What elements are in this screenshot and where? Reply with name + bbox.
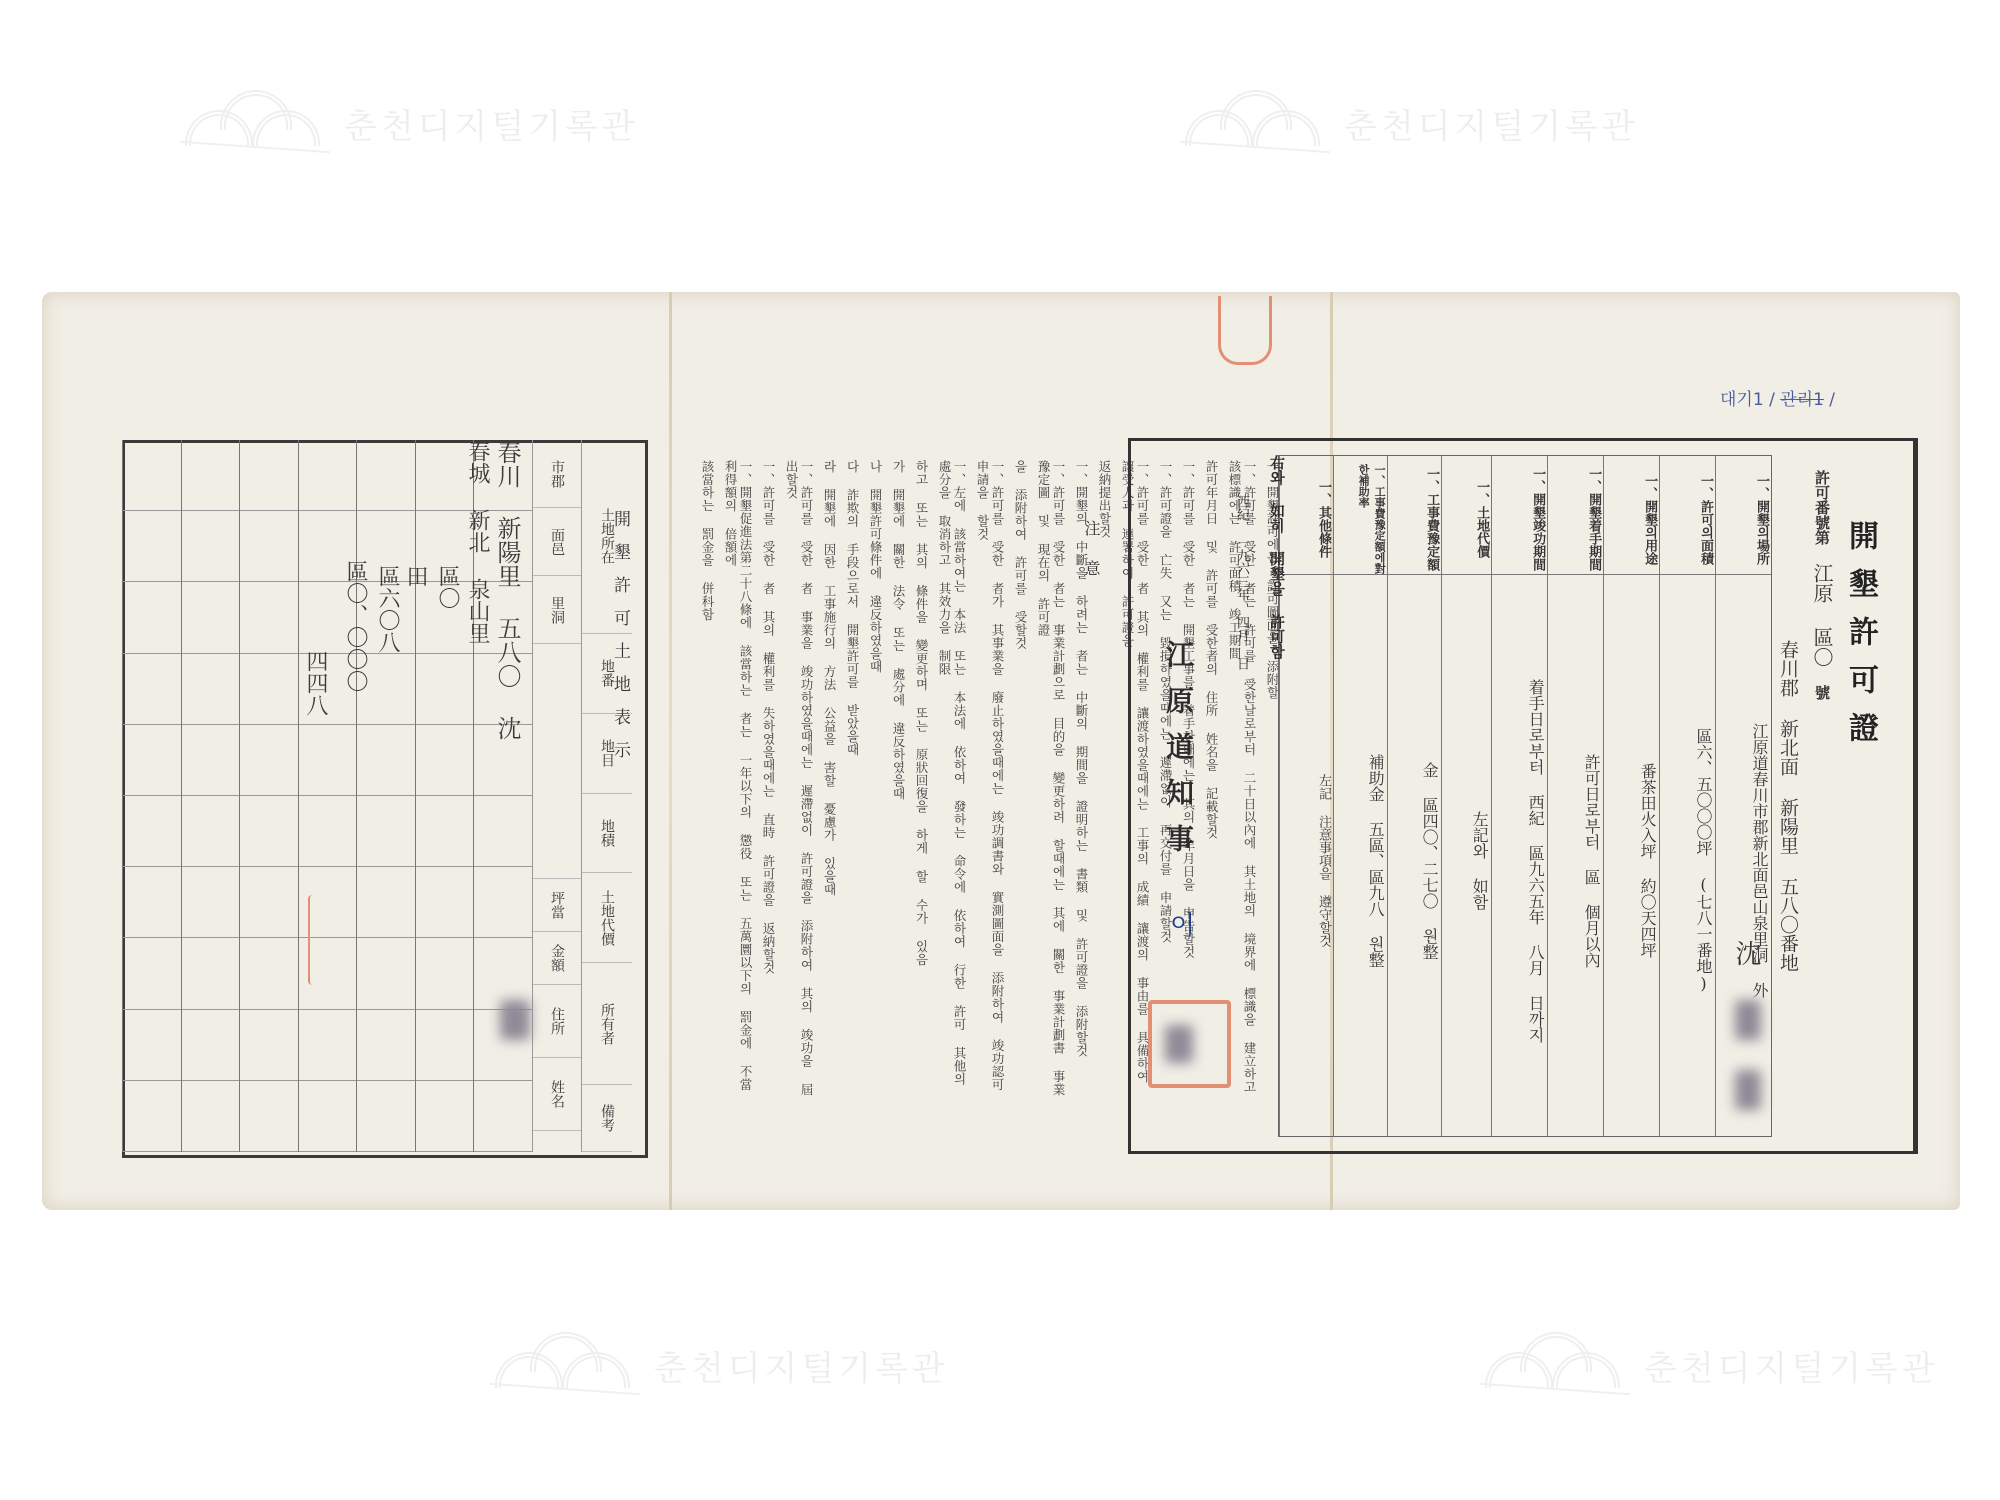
registry-note: 대기1 / 관리1 / [1720,385,1835,410]
detail-value: 區六、五〇〇〇坪 (七八一番地) [1660,575,1715,1136]
detail-header: 一、開墾의場所 [1716,456,1771,575]
detail-column-subsidy: 一、工事費豫定額에對한補助率補助金 五區、區九八 원整 [1333,456,1387,1136]
notice-item: 一、開墾의 中斷을 하려는 者는 中斷의 期間을 證明하는 書類 및 許可證을 … [1074,460,1089,1100]
detail-value: 左記와 如함 [1442,575,1491,1136]
issuer-title: 江原道知事 [1158,640,1198,870]
header-owner-name: 姓名 [533,1058,581,1131]
header-owner: 所有者 [582,963,632,1084]
detail-value: 金 區四〇、二七〇 원整 [1388,575,1441,1136]
archive-logo-icon [490,1330,640,1400]
redacted-owner-name [500,1000,530,1040]
detail-header: 一、工事費豫定額 [1388,456,1441,575]
detail-column-use: 一、開墾의用途番茶田火入坪 約〇天四坪 [1603,456,1659,1136]
land-table-column [298,440,357,1152]
land-table-column [356,440,415,1152]
archive-logo-icon [1180,88,1330,158]
approval-statement: 右와 如히 開墾을 許可함 [1267,455,1288,659]
land-row-lot: 區〇 [432,565,463,609]
header-land-area: 地積 [582,794,632,874]
notice-item: 가 開墾에 關한 法令 또는 處分에 違反하였을때 [891,460,906,1100]
notice-item: 一、許可를 受한 者는 事業計劃으로 目的을 變更하려 할때에는 其에 關한 事… [1036,460,1066,1100]
header-township: 面邑 [533,508,581,576]
registry-note-struck: 관리1 [1780,390,1824,410]
header-land-price: 土地代價 [582,873,632,963]
notice-item: 나 開墾許可條件에 違反하였을때 [868,460,883,1100]
land-row-category: 田 [400,565,431,587]
header-owner-address: 住所 [533,985,581,1058]
land-row-location: 春城 新北 泉山里 [462,440,493,644]
detail-column-cost: 一、工事費豫定額金 區四〇、二七〇 원整 [1387,456,1441,1136]
detail-value: 許可日로부터 區 個月以內 [1548,575,1603,1136]
watermark: 춘천디지털기록관 [1480,1330,1939,1400]
notice-item: 該當하는 罰金을 併科함 [700,460,715,1100]
watermark-text: 춘천디지털기록관 [1344,99,1639,148]
notice-item: 返納提出할것 [1097,460,1112,1100]
permit-details-table: 一、開墾의場所江原道春川市郡新北面邑山泉里洞 外 一、許可의面積區六、五〇〇〇坪… [1278,455,1772,1137]
land-row-price-2: 四四八 [300,650,331,716]
header-village: 里洞 [533,576,581,644]
detail-value: 着手日로부터 西紀 區九六五年 八月 日까지 [1492,575,1547,1136]
registry-note-text: 대기1 [1720,390,1764,410]
watermark: 춘천디지털기록관 [490,1330,949,1400]
detail-value: 番茶田火入坪 約〇天四坪 [1604,575,1659,1136]
land-table-column [181,440,240,1152]
land-table-title: 開墾許可土地表示 [608,510,633,774]
watermark: 춘천디지털기록관 [1180,88,1639,158]
permit-number-label: 許可番號第 江原 區〇 號 [1808,470,1837,700]
detail-header: 一、許可의面積 [1660,456,1715,575]
detail-column-land-price: 一、土地代價左記와 如함 [1441,456,1491,1136]
detail-column-completion-period: 一、開墾竣功期間着手日로부터 西紀 區九六五年 八月 日까지 [1491,456,1547,1136]
detail-column-area: 一、許可의面積區六、五〇〇〇坪 (七八一番地) [1659,456,1715,1136]
address-county: 春川郡 [1777,640,1799,697]
detail-value: 左記 注意事項을 遵守할것 [1280,575,1333,1136]
header-remarks: 備考 [582,1085,632,1152]
applicant-address: 春川郡 新北面 新陽里 五八〇番地 [1775,640,1802,972]
land-row-owner: 春川 新陽里 五八〇 沈 [490,440,525,740]
notice-item: 一、許可를 受한 者 其의 權利를 失하였을때에는 直時 許可證을 返納할것 [761,460,776,1100]
detail-header: 一、開墾의用途 [1604,456,1659,575]
watermark-text: 춘천디지털기록관 [344,99,639,148]
header-amount: 金額 [533,932,581,985]
approval-date: 西紀 一九六三年 四月 日 [1232,495,1251,670]
detail-value: 補助金 五區、區九八 원整 [1334,575,1387,1136]
watermark: 춘천디지털기록관 [180,88,639,158]
land-table-column [122,440,181,1152]
notice-item: 라 開墾에 因한 工事施行의 方法 公益을 害할 憂慮가 있을때 [822,460,837,1100]
detail-header: 一、開墾着手期間 [1548,456,1603,575]
detail-value: 江原道春川市郡新北面邑山泉里洞 外 [1716,575,1771,1136]
header-per-pyeong: 坪當 [533,879,581,932]
permit-number-prefix: 許可番號第 [1813,470,1831,545]
address-village: 新陽里 [1777,798,1799,855]
detail-column-place: 一、開墾의場所江原道春川市郡新北面邑山泉里洞 外 [1715,456,1771,1136]
header-city-county: 市郡 [533,440,581,508]
archive-logo-icon [180,88,330,158]
notice-item: 다 詐欺의 手段으로서 開墾許可를 받았을때 [845,460,860,1100]
redacted-seal-name [1165,1025,1193,1063]
document-title: 開墾許可證 [1838,520,1882,760]
notice-item: 을 添附하여 許可를 受할것 [1013,460,1028,1100]
detail-column-start-period: 一、開墾着手期間許可日로부터 區 個月以內 [1547,456,1603,1136]
land-row-area: 區六〇八 [372,565,403,653]
notice-item: 하고 또는 其의 條件을 變更하며 또는 原狀回復을 하게 할 수가 있음 [914,460,929,1100]
permit-number-suffix: 號 [1813,685,1831,700]
fold-line [669,292,672,1210]
notice-item: 一、左에 該當하여는 本法 또는 本法에 依하여 發하는 命令에 依하여 行한 … [937,460,967,1100]
land-table-column [239,440,298,1152]
left-margin-stamp [308,895,328,985]
detail-header: 一、工事費豫定額에對한補助率 [1334,456,1387,575]
notice-item: 一、許可를 受한 者가 其事業을 廢止하였을때에는 竣功調書와 實測圖面을 添附… [975,460,1005,1100]
notice-item: 一、開墾促進法第二十八條에 該當하는 者는 一年以下의 懲役 또는 五萬圜以下의… [723,460,753,1100]
address-lot: 五八〇番地 [1777,877,1799,972]
land-header-sub: 市郡 面邑 里洞 坪當 金額 住所 姓名 [532,440,581,1152]
watermark-text: 춘천디지털기록관 [1644,1341,1939,1390]
address-township: 新北面 [1777,719,1799,776]
top-center-seal [1218,296,1272,365]
archive-logo-icon [1480,1330,1630,1400]
detail-header: 一、開墾竣功期間 [1492,456,1547,575]
land-row-price: 區〇、〇〇〇 [340,560,371,692]
notice-item: 一、許可를 受한 者 事業을 竣功하였을때에는 遲滯없이 許可證을 添附하여 其… [784,460,814,1100]
watermark-text: 춘천디지털기록관 [654,1341,949,1390]
issuer-signature: 이 [1170,905,1195,942]
permit-number-value: 江原 區〇 [1810,563,1834,667]
detail-header: 一、土地代價 [1442,456,1491,575]
